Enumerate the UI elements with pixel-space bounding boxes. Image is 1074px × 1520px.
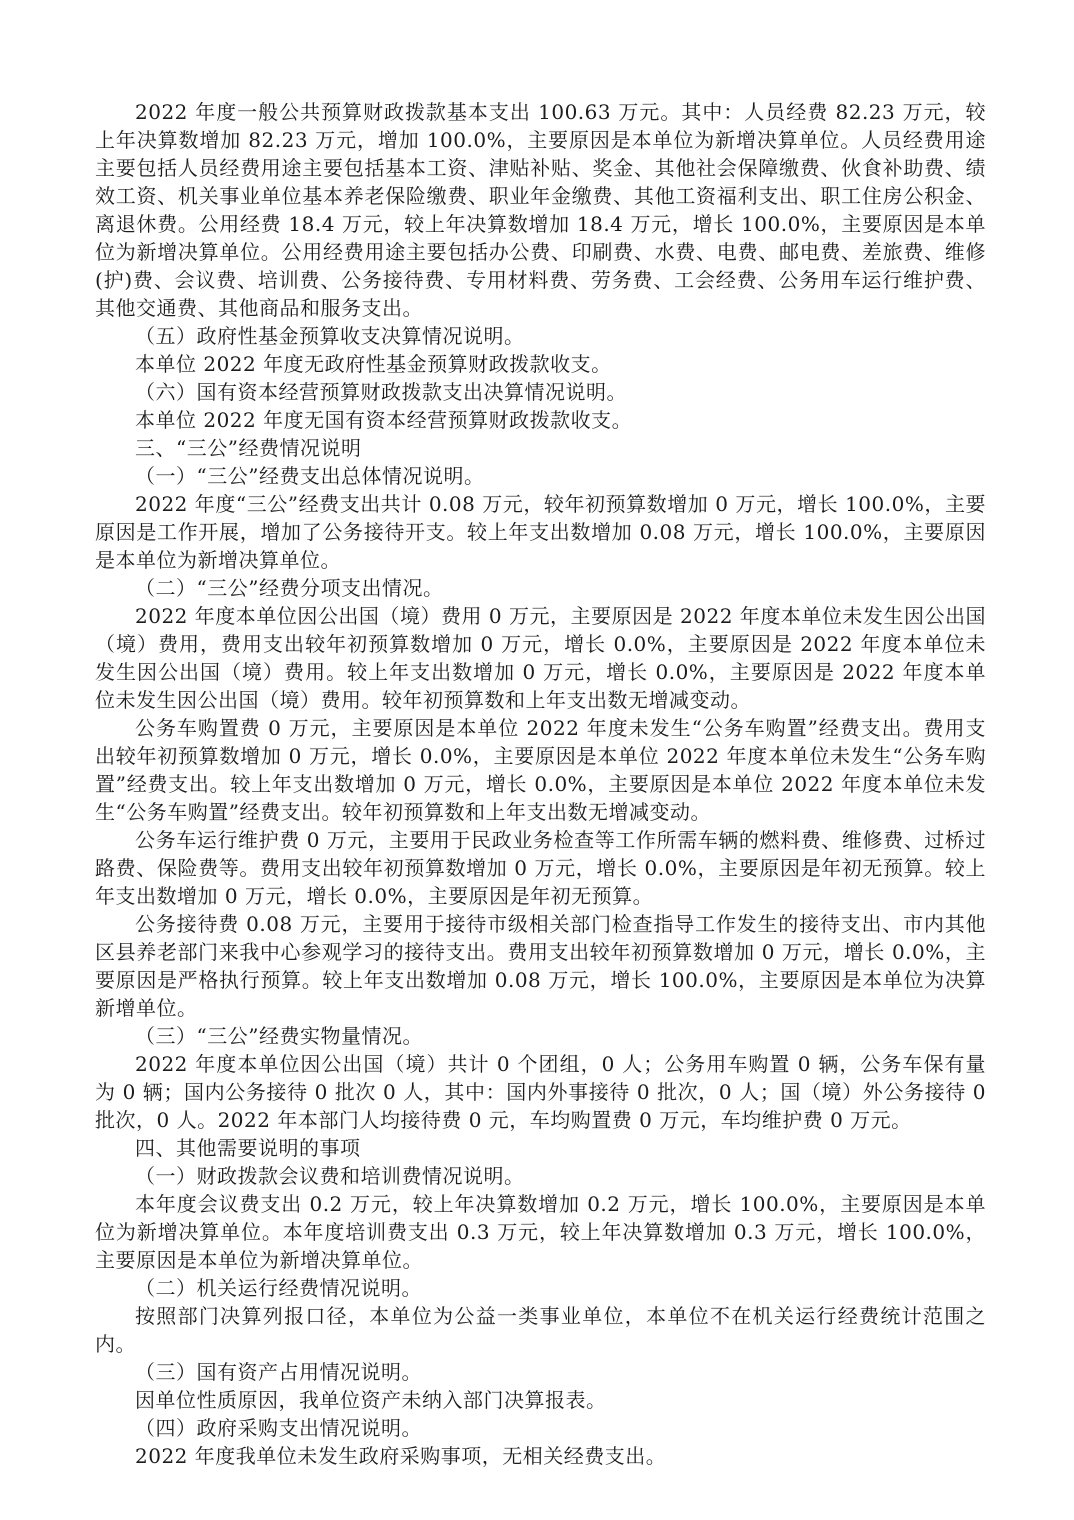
subsection-heading: （三）国有资产占用情况说明。 (95, 1358, 986, 1386)
paragraph: 本单位 2022 年度无政府性基金预算财政拨款收支。 (95, 350, 986, 378)
paragraph: 因单位性质原因，我单位资产未纳入部门决算报表。 (95, 1386, 986, 1414)
paragraph: 按照部门决算列报口径，本单位为公益一类事业单位，本单位不在机关运行经费统计范围之… (95, 1302, 986, 1358)
section-heading: 四、其他需要说明的事项 (95, 1134, 986, 1162)
subsection-heading: （五）政府性基金预算收支决算情况说明。 (95, 322, 986, 350)
paragraph: 公务接待费 0.08 万元，主要用于接待市级相关部门检查指导工作发生的接待支出、… (95, 910, 986, 1022)
paragraph: 本年度会议费支出 0.2 万元，较上年决算数增加 0.2 万元，增长 100.0… (95, 1190, 986, 1274)
subsection-heading: （三）“三公”经费实物量情况。 (95, 1022, 986, 1050)
paragraph: 2022 年度本单位因公出国（境）共计 0 个团组，0 人；公务用车购置 0 辆… (95, 1050, 986, 1134)
subsection-heading: （六）国有资本经营预算财政拨款支出决算情况说明。 (95, 378, 986, 406)
paragraph: 2022 年度我单位未发生政府采购事项，无相关经费支出。 (95, 1442, 986, 1470)
subsection-heading: （一）“三公”经费支出总体情况说明。 (95, 462, 986, 490)
subsection-heading: （一）财政拨款会议费和培训费情况说明。 (95, 1162, 986, 1190)
subsection-heading: （四）政府采购支出情况说明。 (95, 1414, 986, 1442)
paragraph: 2022 年度本单位因公出国（境）费用 0 万元，主要原因是 2022 年度本单… (95, 602, 986, 714)
document-body: 2022 年度一般公共预算财政拨款基本支出 100.63 万元。其中：人员经费 … (95, 98, 986, 1470)
document-page: 2022 年度一般公共预算财政拨款基本支出 100.63 万元。其中：人员经费 … (0, 0, 1074, 1520)
paragraph: 2022 年度一般公共预算财政拨款基本支出 100.63 万元。其中：人员经费 … (95, 98, 986, 322)
paragraph: 2022 年度“三公”经费支出共计 0.08 万元，较年初预算数增加 0 万元，… (95, 490, 986, 574)
paragraph: 公务车运行维护费 0 万元，主要用于民政业务检查等工作所需车辆的燃料费、维修费、… (95, 826, 986, 910)
subsection-heading: （二）机关运行经费情况说明。 (95, 1274, 986, 1302)
paragraph: 公务车购置费 0 万元，主要原因是本单位 2022 年度未发生“公务车购置”经费… (95, 714, 986, 826)
subsection-heading: （二）“三公”经费分项支出情况。 (95, 574, 986, 602)
section-heading: 三、“三公”经费情况说明 (95, 434, 986, 462)
paragraph: 本单位 2022 年度无国有资本经营预算财政拨款收支。 (95, 406, 986, 434)
